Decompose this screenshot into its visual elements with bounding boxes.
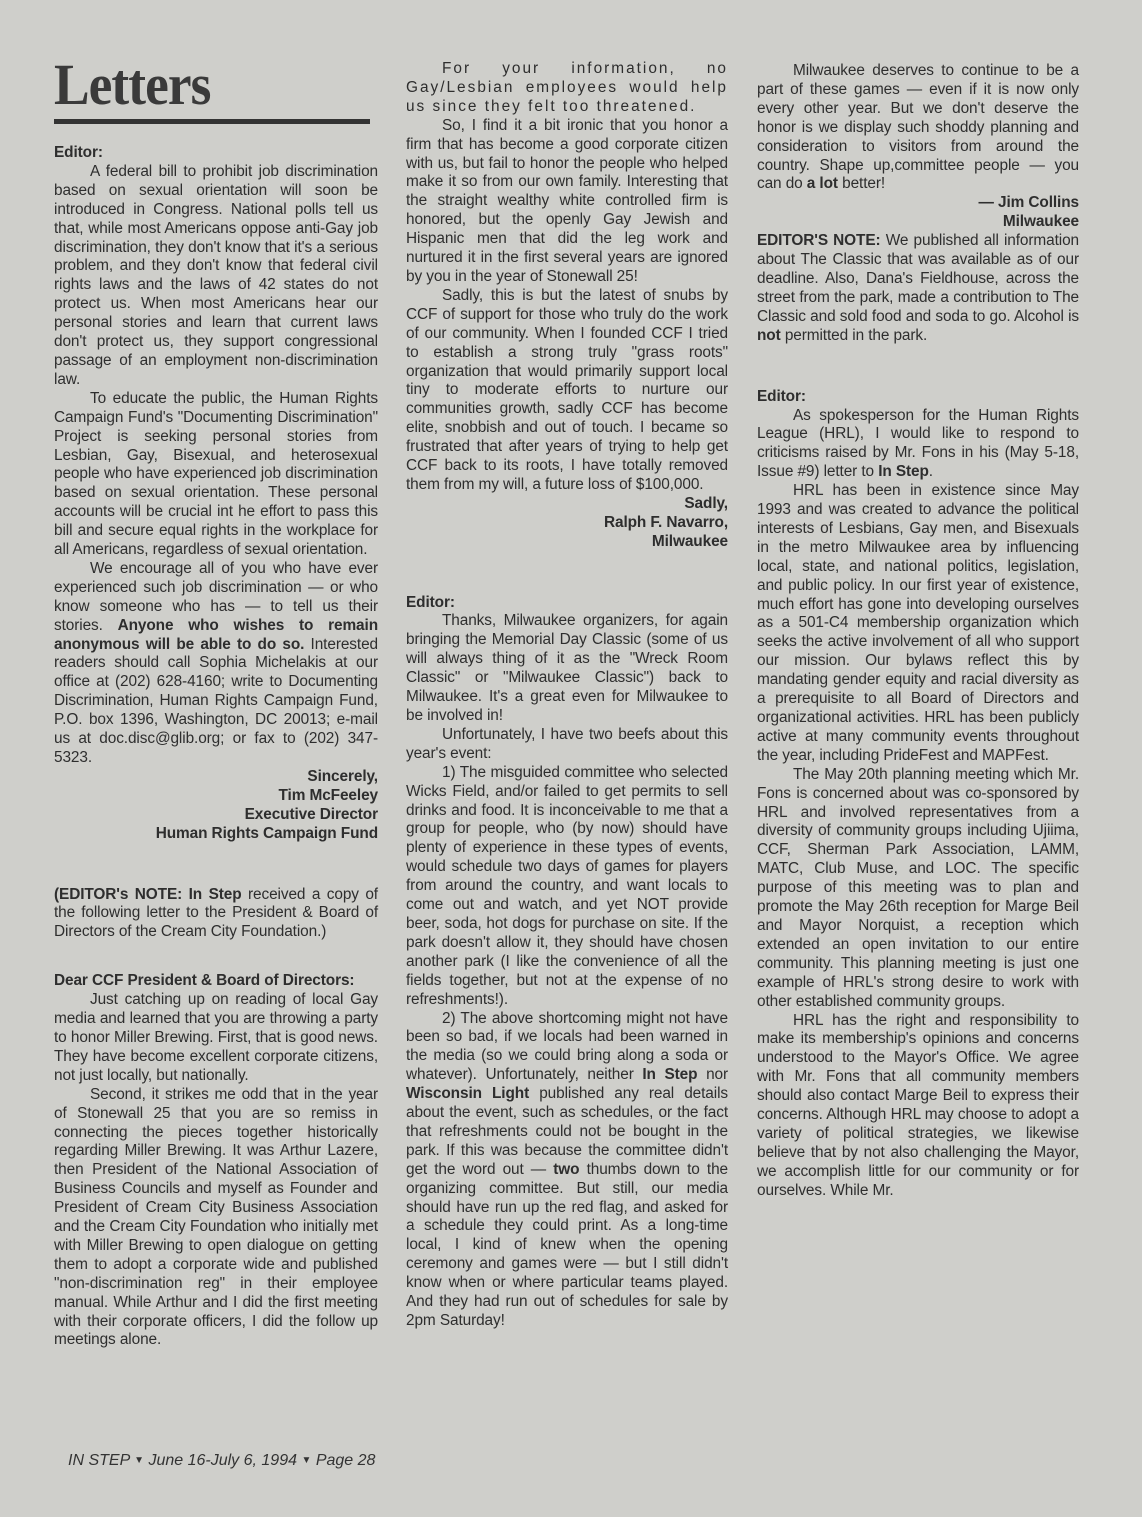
page-footer: IN STEP ▼ June 16-July 6, 1994 ▼ Page 28 xyxy=(68,1452,375,1470)
section-title: Letters xyxy=(54,0,211,115)
paragraph: The May 20th planning meeting which Mr. … xyxy=(757,766,1079,1012)
paragraph: We encourage all of you who have ever ex… xyxy=(54,560,378,768)
publication-name: IN STEP xyxy=(68,1452,130,1469)
issue-date: June 16-July 6, 1994 xyxy=(148,1452,297,1469)
paragraph: For your information, no Gay/Lesbian emp… xyxy=(406,60,728,117)
paragraph: Milwaukee deserves to continue to be a p… xyxy=(757,62,1079,194)
paragraph: 2) The above shortcoming might not have … xyxy=(406,1010,728,1331)
letter-salutation: Editor: xyxy=(406,594,728,613)
column-2: For your information, no Gay/Lesbian emp… xyxy=(406,60,728,1331)
editors-note: (EDITOR's NOTE: In Step received a copy … xyxy=(54,886,378,943)
paragraph: HRL has the right and responsibility to … xyxy=(757,1012,1079,1201)
letter-hrl: Editor: As spokesperson for the Human Ri… xyxy=(757,388,1079,1201)
signature-name: Tim McFeeley xyxy=(54,787,378,806)
paragraph: To educate the public, the Human Rights … xyxy=(54,390,378,560)
editors-note: EDITOR'S NOTE: We published all informat… xyxy=(757,232,1079,345)
signature-city: Milwaukee xyxy=(406,533,728,552)
letter-salutation: Editor: xyxy=(54,144,378,163)
triangle-separator-icon: ▼ xyxy=(301,1455,311,1466)
letter-salutation: Dear CCF President & Board of Directors: xyxy=(54,972,378,991)
newspaper-page: Letters Editor: A federal bill to prohib… xyxy=(0,0,1142,1517)
paragraph: HRL has been in existence since May 1993… xyxy=(757,482,1079,766)
letter-hrcf: Editor: A federal bill to prohibit job d… xyxy=(54,144,378,844)
signature-city: Milwaukee xyxy=(757,213,1079,232)
letter-salutation: Editor: xyxy=(757,388,1079,407)
signature-name: — Jim Collins xyxy=(757,194,1079,213)
signature-line: Sadly, xyxy=(406,495,728,514)
page-number: Page 28 xyxy=(316,1452,376,1469)
paragraph: Thanks, Milwaukee organizers, for again … xyxy=(406,612,728,725)
letter-navarro: Dear CCF President & Board of Directors:… xyxy=(54,972,378,1350)
paragraph: So, I find it a bit ironic that you hono… xyxy=(406,117,728,287)
title-rule xyxy=(54,119,370,124)
paragraph: 1) The misguided committee who selected … xyxy=(406,764,728,1010)
column-3: Milwaukee deserves to continue to be a p… xyxy=(757,62,1079,1201)
paragraph: Second, it strikes me odd that in the ye… xyxy=(54,1086,378,1351)
triangle-separator-icon: ▼ xyxy=(134,1455,144,1466)
signature-line: Sincerely, xyxy=(54,768,378,787)
paragraph: Unfortunately, I have two beefs about th… xyxy=(406,726,728,764)
paragraph: Sadly, this is but the latest of snubs b… xyxy=(406,287,728,495)
paragraph: As spokesperson for the Human Rights Lea… xyxy=(757,407,1079,483)
letter-collins: Editor: Thanks, Milwaukee organizers, fo… xyxy=(406,594,728,1331)
signature-name: Ralph F. Navarro, xyxy=(406,514,728,533)
signature-title: Executive Director xyxy=(54,806,378,825)
signature-org: Human Rights Campaign Fund xyxy=(54,825,378,844)
paragraph: A federal bill to prohibit job discrimin… xyxy=(54,163,378,390)
paragraph: Just catching up on reading of local Gay… xyxy=(54,991,378,1086)
